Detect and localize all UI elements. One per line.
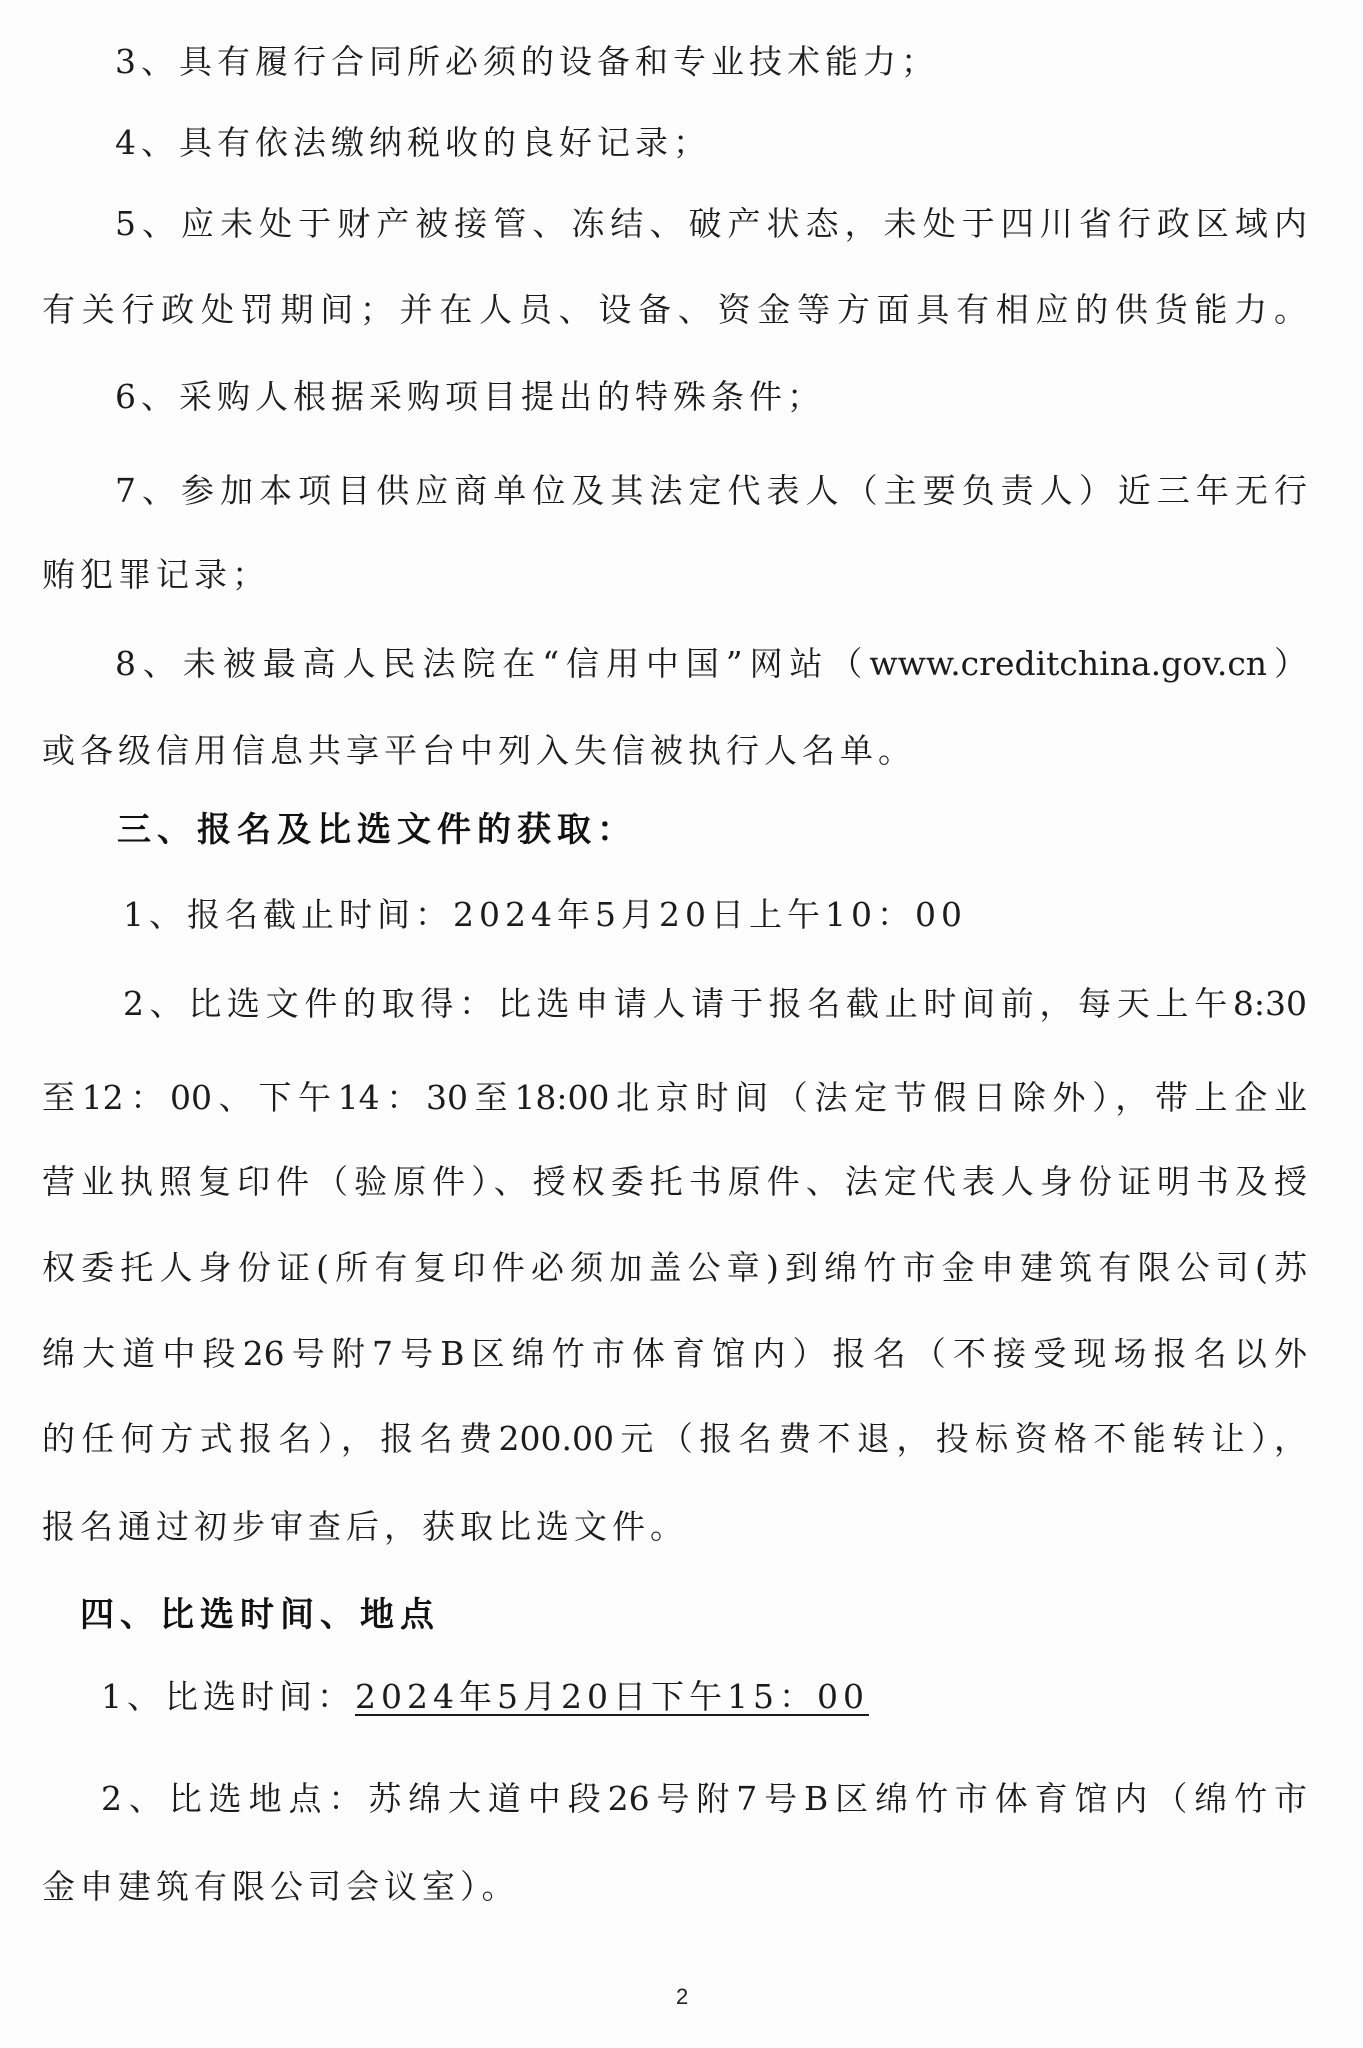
section-3-item-2-line-7: 报名通过初步审查后，获取比选文件。 (42, 1505, 688, 1549)
section-4-item-1: 1、比选时间：2024年5月20日下午15：00 (101, 1675, 869, 1719)
section-4-item-2-line-2: 金申建筑有限公司会议室）。 (42, 1865, 520, 1909)
document-page: 3、具有履行合同所必须的设备和专业技术能力； 4、具有依法缴纳税收的良好记录； … (0, 0, 1363, 2048)
section-3-heading: 三、报名及比选文件的获取： (117, 808, 637, 852)
section-3-item-2-line-6: 的任何方式报名），报名费200.00元（报名费不退，投标资格不能转让）， (42, 1417, 1307, 1461)
requirement-item-5-line-1: 5、应未处于财产被接管、冻结、破产状态，未处于四川省行政区域内 (115, 202, 1307, 246)
requirement-item-8-line-1: 8、未被最高人民法院在“信用中国”网站（www.creditchina.gov.… (115, 642, 1307, 686)
section-4-item-2-line-1: 2、比选地点：苏绵大道中段26号附7号B区绵竹市体育馆内（绵竹市 (101, 1777, 1307, 1821)
section-3-item-2-line-3: 营业执照复印件（验原件）、授权委托书原件、法定代表人身份证明书及授 (42, 1160, 1307, 1204)
requirement-item-5-line-2: 有关行政处罚期间；并在人员、设备、资金等方面具有相应的供货能力。 (42, 288, 1307, 332)
section-3-item-2-line-4: 权委托人身份证(所有复印件必须加盖公章)到绵竹市金申建筑有限公司(苏 (42, 1246, 1307, 1290)
requirement-item-3: 3、具有履行合同所必须的设备和专业技术能力； (115, 40, 939, 84)
section-3-item-2-line-5: 绵大道中段26号附7号B区绵竹市体育馆内）报名（不接受现场报名以外 (42, 1332, 1307, 1376)
section-3-item-2-line-1: 2、比选文件的取得：比选申请人请于报名截止时间前，每天上午8:30 (123, 982, 1307, 1026)
requirement-item-4: 4、具有依法缴纳税收的良好记录； (115, 121, 711, 165)
section-4-item-1-label: 1、比选时间： (101, 1677, 355, 1716)
requirement-item-7-line-2: 贿犯罪记录； (42, 553, 270, 597)
bid-time-value: 2024年5月20日下午15：00 (355, 1677, 869, 1716)
section-4-heading: 四、比选时间、地点 (80, 1593, 440, 1637)
page-number: 2 (676, 1984, 688, 2010)
requirement-item-8-line-2: 或各级信用信息共享平台中列入失信被执行人名单。 (42, 729, 916, 773)
section-3-item-2-line-2: 至12：00、下午14：30至18:00北京时间（法定节假日除外），带上企业 (42, 1076, 1307, 1120)
requirement-item-6: 6、采购人根据采购项目提出的特殊条件； (115, 375, 825, 419)
section-3-item-1: 1、报名截止时间：2024年5月20日上午10：00 (123, 893, 967, 937)
requirement-item-7-line-1: 7、参加本项目供应商单位及其法定代表人（主要负责人）近三年无行 (115, 469, 1307, 513)
